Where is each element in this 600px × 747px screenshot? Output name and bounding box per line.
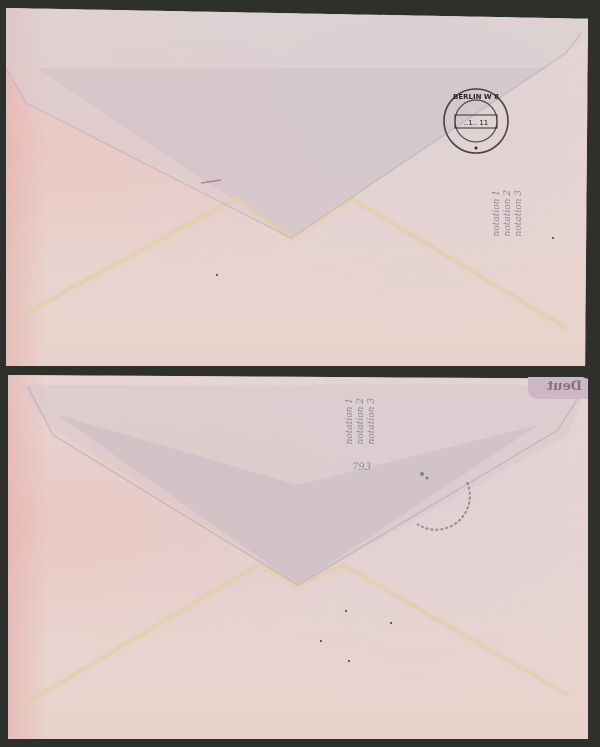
pencil-note: notation 3 xyxy=(367,398,378,445)
ink-speck xyxy=(552,237,554,239)
envelope-flaps xyxy=(8,375,588,739)
pencil-notes-top: notation 1 notation 2 notation 3 xyxy=(492,190,525,237)
ink-speck xyxy=(216,274,218,276)
postmark-stamp: BERLIN W 8 ..1.. 11 xyxy=(441,86,511,156)
envelope-top xyxy=(6,8,588,366)
pencil-number: 793 xyxy=(352,462,371,473)
pencil-note: notation 2 xyxy=(356,398,367,445)
ink-speck xyxy=(348,660,350,662)
postmark-faint xyxy=(397,452,477,532)
ink-speck xyxy=(345,610,347,612)
envelope-flaps xyxy=(6,8,588,366)
envelope-bottom xyxy=(8,375,588,739)
pencil-note: notation 2 xyxy=(503,190,514,237)
ink-speck xyxy=(390,622,392,624)
pencil-note: notation 3 xyxy=(514,190,525,237)
pencil-notes-bottom: notation 1 notation 2 notation 3 xyxy=(345,398,378,445)
postmark-text: BERLIN W 8 xyxy=(453,93,499,101)
postmark-date: ..1.. 11 xyxy=(464,119,489,127)
pencil-note: notation 1 xyxy=(345,398,356,445)
pencil-note: notation 1 xyxy=(492,190,503,237)
ink-speck xyxy=(320,640,322,642)
censor-label-text: Deut xyxy=(547,379,582,394)
